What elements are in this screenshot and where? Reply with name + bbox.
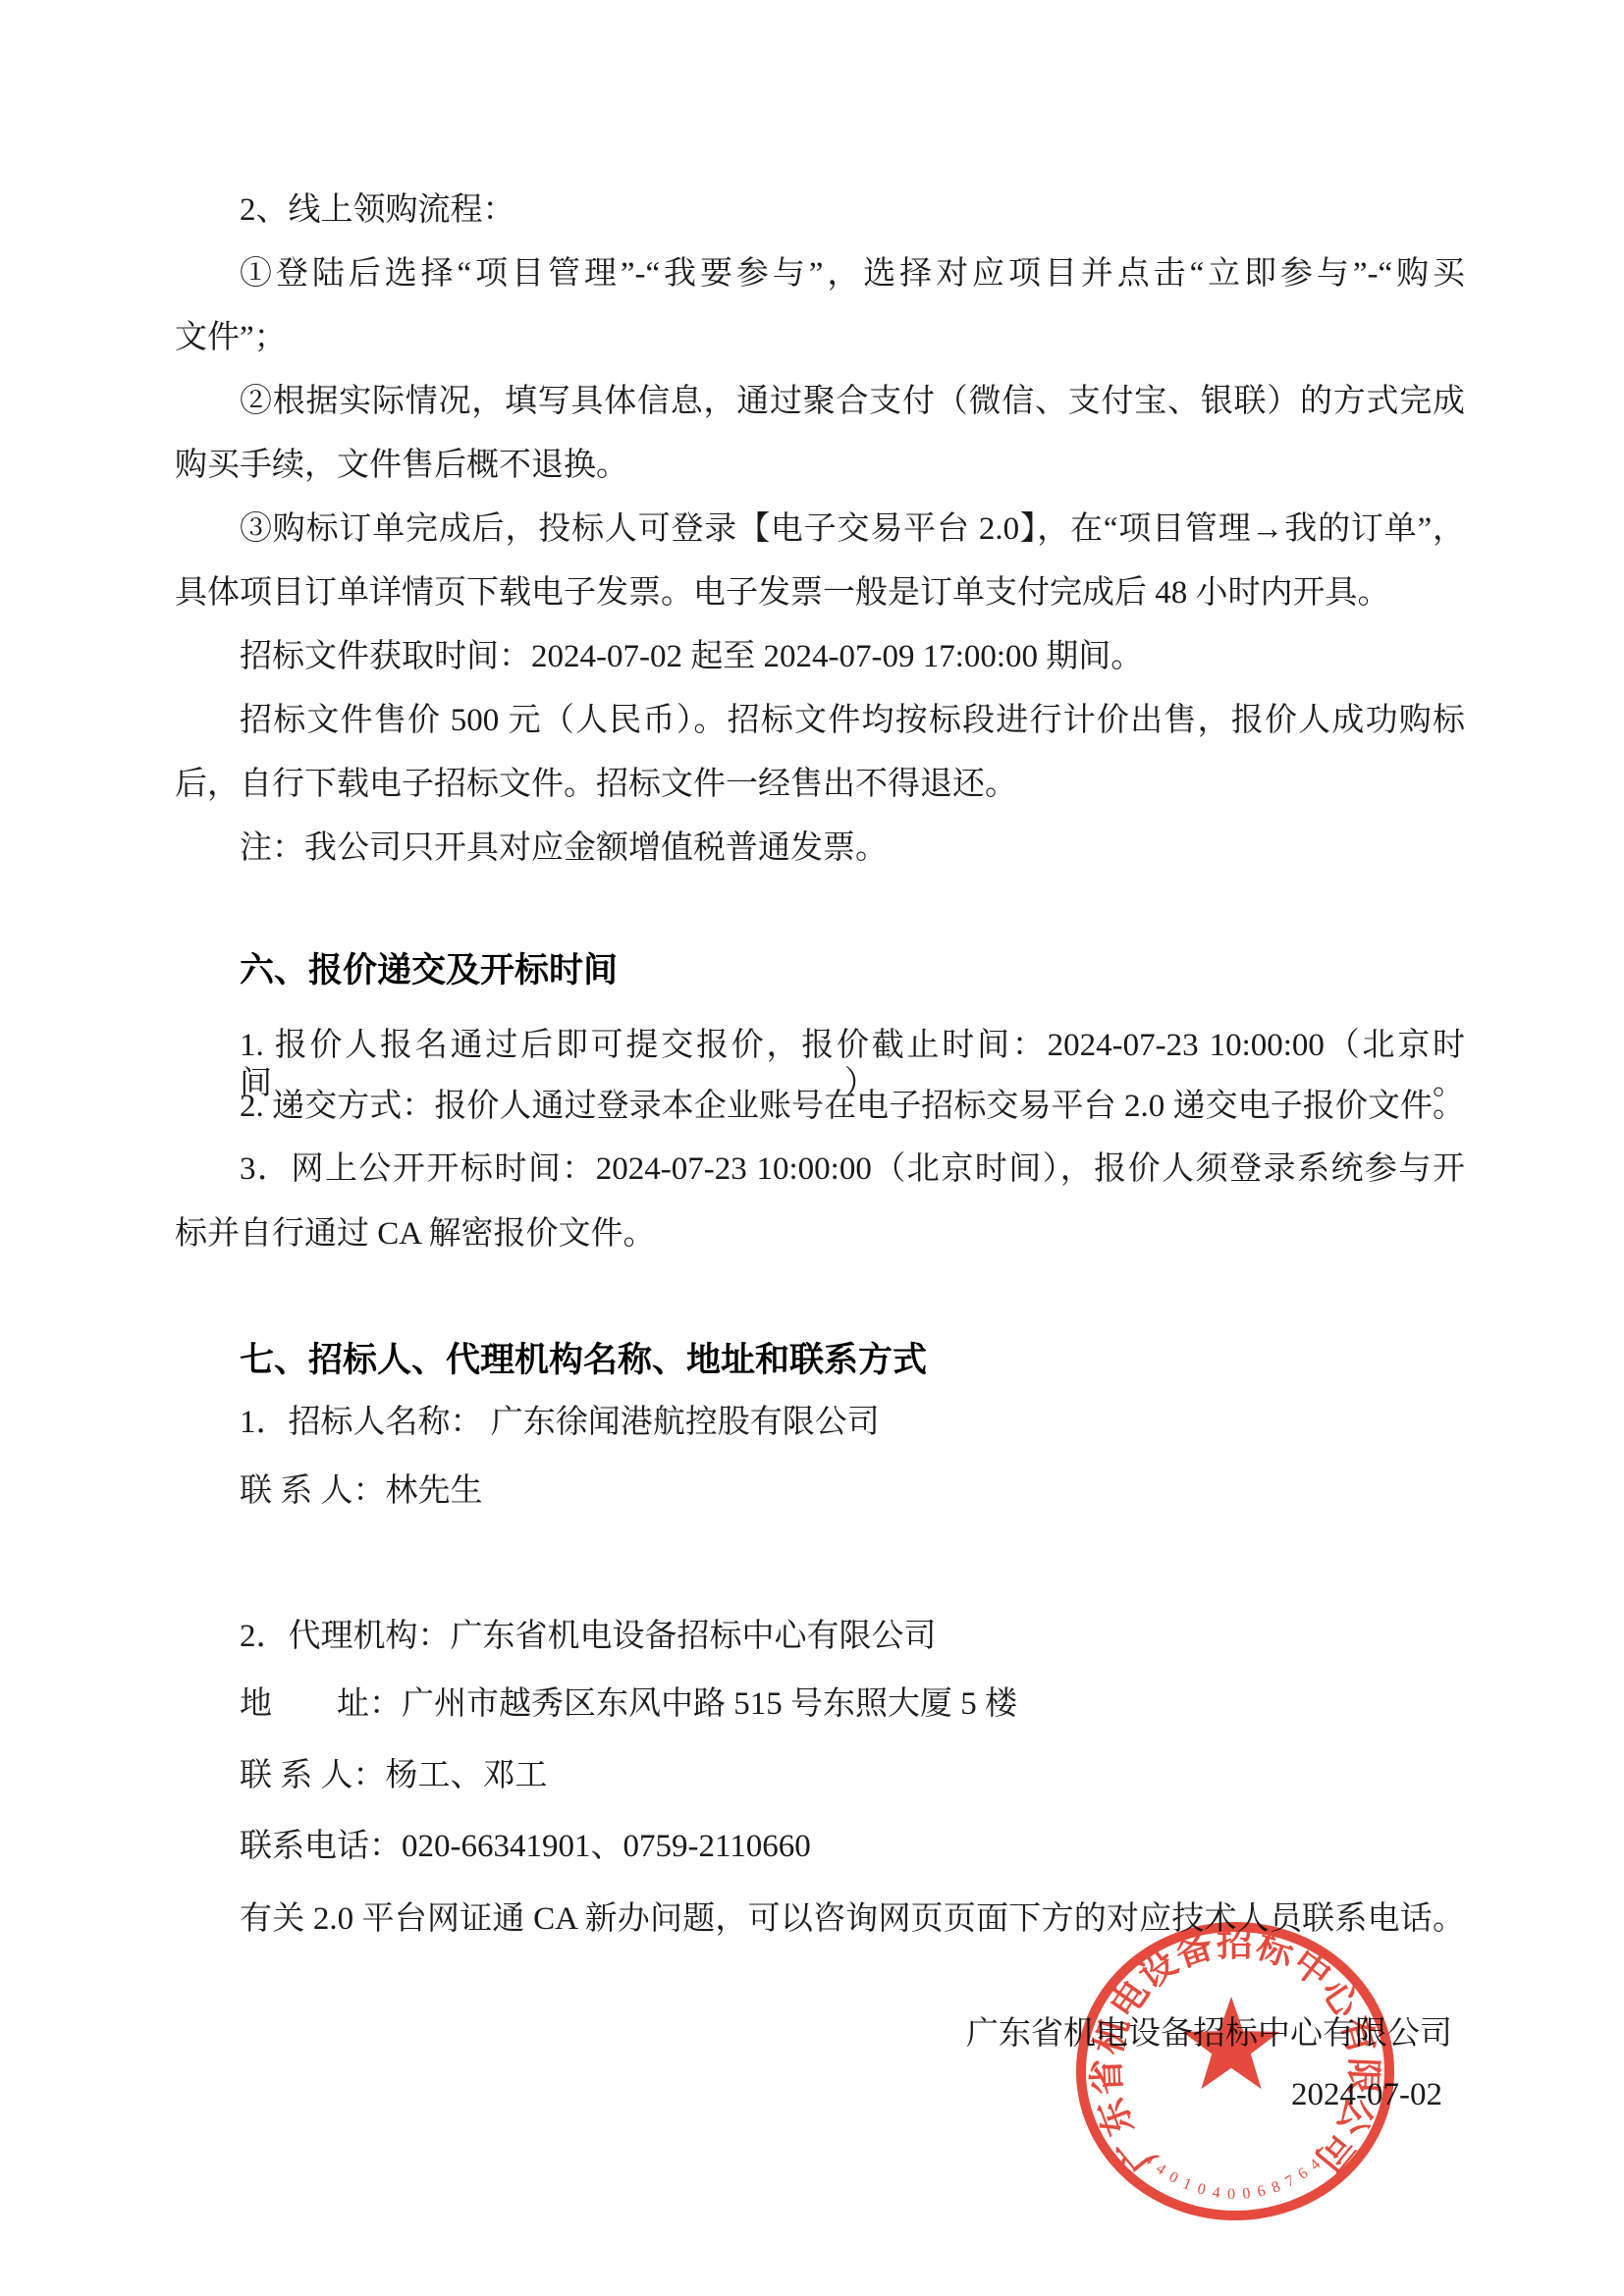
para-sec6-item3-line1: 3．网上公开开标时间：2024-07-23 10:00:00（北京时间），报价人… (240, 1150, 1465, 1189)
seal-serial-arc-text: 4401040068764 (1141, 2151, 1329, 2203)
para-tenderer-name: 1．招标人名称： 广东徐闻港航控股有限公司 (240, 1404, 1465, 1442)
section7-heading: 七、招标人、代理机构名称、地址和联系方式 (240, 1340, 1465, 1380)
para-sec6-item2: 2. 递交方式：报价人通过登录本企业账号在电子招标交易平台 2.0 递交电子报价… (240, 1088, 1465, 1126)
para-obtain-time: 招标文件获取时间：2024-07-02 起至 2024-07-09 17:00:… (240, 638, 1465, 676)
para-agency-address: 地 址：广州市越秀区东风中路 515 号东照大厦 5 楼 (240, 1685, 1465, 1724)
para-tenderer-contact: 联 系 人：林先生 (240, 1472, 1465, 1511)
para-agency-phone: 联系电话：020-66341901、0759-2110660 (240, 1828, 1465, 1866)
section6-heading: 六、报价递交及开标时间 (240, 950, 1465, 990)
para-step2-line1: ②根据实际情况，填写具体信息，通过聚合支付（微信、支付宝、银联）的方式完成 (240, 383, 1465, 421)
para-step1-line1: ①登陆后选择“项目管理”-“我要参与”，选择对应项目并点击“立即参与”-“购买 (240, 255, 1465, 294)
company-seal-stamp: 广东省机电设备招标中心有限公司 4401040068764 (1039, 1875, 1432, 2268)
para-step2-line2: 购买手续，文件售后概不退换。 (175, 447, 1465, 485)
para-price-line1: 招标文件售价 500 元（人民币）。招标文件均按标段进行计价出售，报价人成功购标 (240, 702, 1465, 740)
para-agency-name: 2．代理机构：广东省机电设备招标中心有限公司 (240, 1618, 1465, 1656)
document-page: 2、线上领购流程： ①登陆后选择“项目管理”-“我要参与”，选择对应项目并点击“… (0, 0, 1624, 2296)
para-step3-line2: 具体项目订单详情页下载电子发票。电子发票一般是订单支付完成后 48 小时内开具。 (175, 574, 1465, 613)
para-price-line2: 后，自行下载电子招标文件。招标文件一经售出不得退还。 (175, 766, 1465, 804)
para-step3-line1: ③购标订单完成后，投标人可登录【电子交易平台 2.0】，在“项目管理→我的订单”… (240, 510, 1465, 549)
para-invoice-note: 注：我公司只开具对应金额增值税普通发票。 (240, 829, 1465, 868)
para-sec6-item3-line2: 标并自行通过 CA 解密报价文件。 (175, 1215, 1465, 1254)
para-agency-contact: 联 系 人：杨工、邓工 (240, 1757, 1465, 1795)
para-step1-line2: 文件”； (175, 319, 1465, 357)
para-online-purchase-heading: 2、线上领购流程： (240, 191, 1465, 230)
seal-star-icon (1183, 1997, 1280, 2089)
